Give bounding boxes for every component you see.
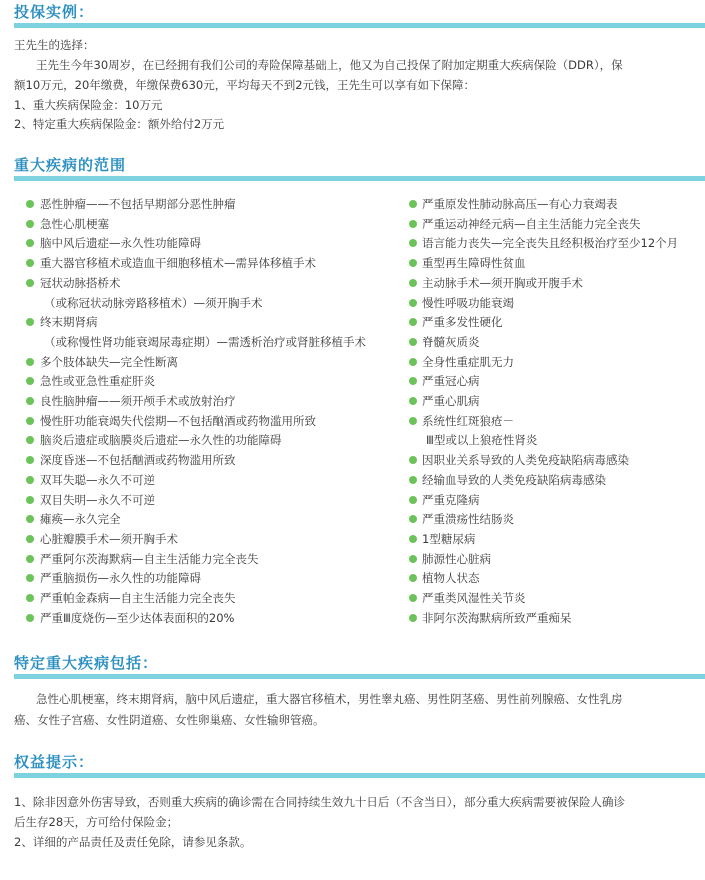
disease-list-item: 终末期肾病: [40, 315, 98, 329]
example-line: 1、重大疾病保险金：10万元: [14, 98, 162, 112]
disease-list-item: 1型糖尿病: [422, 532, 475, 546]
disease-list-item: 多个肢体缺失—完全性断离: [40, 355, 178, 369]
section-title-example: 投保实例：: [14, 2, 94, 22]
disease-list-item: 语言能力丧失—完全丧失且经积极治疗至少12个月: [422, 236, 678, 250]
bullet-icon: [409, 456, 417, 464]
bullet-icon: [409, 220, 417, 228]
specific-line: 急性心肌梗塞，终末期肾病，脑中风后遗症，重大器官移植术，男性睾丸癌、男性阴茎癌、…: [36, 692, 623, 706]
bullet-icon: [409, 594, 417, 602]
bullet-icon: [409, 476, 417, 484]
disease-list-item: 全身性重症肌无力: [422, 355, 514, 369]
disease-list-item: 严重脑损伤—永久性的功能障碍: [40, 571, 201, 585]
disease-list-item: 严重溃疡性结肠炎: [422, 512, 514, 526]
disease-list-item: 脑中风后遗症—永久性功能障碍: [40, 236, 201, 250]
bullet-icon: [26, 574, 34, 582]
bullet-icon: [26, 318, 34, 326]
bullet-icon: [409, 397, 417, 405]
disease-list-item: 严重帕金森病—自主生活能力完全丧失: [40, 591, 236, 605]
example-line: 王先生今年30周岁，在已经拥有我们公司的寿险保障基础上，他又为自己投保了附加定期…: [36, 58, 623, 72]
disease-list-item: 严重类风湿性关节炎: [422, 591, 526, 605]
section-divider: [14, 23, 705, 28]
disease-list-item: 严重原发性肺动脉高压—有心力衰竭表: [422, 197, 618, 211]
bullet-icon: [409, 496, 417, 504]
disease-list-item: 瘫痪—永久完全: [40, 512, 121, 526]
bullet-icon: [26, 377, 34, 385]
notice-line: 1、除非因意外伤害导致，否则重大疾病的确诊需在合同持续生效九十日后（不含当日），…: [14, 795, 625, 809]
disease-list-item: 慢性呼吸功能衰竭: [422, 296, 514, 310]
disease-list-item: （或称冠状动脉旁路移植术）—须开胸手术: [44, 296, 263, 310]
bullet-icon: [26, 279, 34, 287]
bullet-icon: [409, 377, 417, 385]
bullet-icon: [26, 259, 34, 267]
disease-list-item: 因职业关系导致的人类免疫缺陷病毒感染: [422, 453, 629, 467]
bullet-icon: [26, 594, 34, 602]
bullet-icon: [409, 338, 417, 346]
disease-list-item: Ⅲ型或以上狼疮性肾炎: [426, 433, 537, 447]
disease-list-item: 重大器官移植术或造血干细胞移植术—需异体移植手术: [40, 256, 316, 270]
bullet-icon: [26, 220, 34, 228]
bullet-icon: [409, 555, 417, 563]
section-title-specific: 特定重大疾病包括：: [14, 653, 158, 673]
disease-list-item: 严重阿尔茨海默病—自主生活能力完全丧失: [40, 552, 259, 566]
section-divider: [14, 176, 705, 181]
bullet-icon: [409, 614, 417, 622]
bullet-icon: [409, 417, 417, 425]
disease-list-item: 主动脉手术—须开胸或开腹手术: [422, 276, 583, 290]
bullet-icon: [26, 239, 34, 247]
bullet-icon: [409, 299, 417, 307]
disease-list-item: 深度昏迷—不包括酗酒或药物滥用所致: [40, 453, 236, 467]
disease-list-item: 冠状动脉搭桥术: [40, 276, 121, 290]
disease-list-item: 系统性红斑狼疮－: [422, 414, 514, 428]
bullet-icon: [409, 318, 417, 326]
section-divider: [14, 674, 705, 679]
disease-list-item: 经输血导致的人类免疫缺陷病毒感染: [422, 473, 606, 487]
disease-list-item: 严重多发性硬化: [422, 315, 503, 329]
bullet-icon: [26, 456, 34, 464]
bullet-icon: [409, 535, 417, 543]
specific-line: 癌、女性子宫癌、女性阴道癌、女性卵巢癌、女性输卵管癌。: [14, 713, 325, 727]
disease-list-item: 严重运动神经元病—自主生活能力完全丧失: [422, 217, 641, 231]
bullet-icon: [26, 555, 34, 563]
disease-list-item: 恶性肿瘤——不包括早期部分恶性肿瘤: [40, 197, 236, 211]
disease-list-item: 植物人状态: [422, 571, 480, 585]
notice-line: 后生存28天，方可给付保险金；: [14, 815, 178, 829]
bullet-icon: [26, 535, 34, 543]
bullet-icon: [26, 436, 34, 444]
bullet-icon: [409, 279, 417, 287]
disease-list-item: 脑炎后遗症或脑膜炎后遗症—永久性的功能障碍: [40, 433, 282, 447]
disease-list-item: 急性或亚急性重症肝炎: [40, 374, 155, 388]
bullet-icon: [409, 358, 417, 366]
disease-list-item: 严重冠心病: [422, 374, 480, 388]
bullet-icon: [26, 417, 34, 425]
bullet-icon: [26, 515, 34, 523]
disease-list-item: 良性脑肿瘤——须开颅手术或放射治疗: [40, 394, 236, 408]
disease-list-item: 严重心肌病: [422, 394, 480, 408]
example-line: 2、特定重大疾病保险金：额外给付2万元: [14, 117, 224, 131]
bullet-icon: [409, 574, 417, 582]
example-line: 额10万元，20年缴费，年缴保费630元，平均每天不到2元钱，王先生可以享有如下…: [14, 78, 475, 92]
bullet-icon: [409, 239, 417, 247]
example-line: 王先生的选择：: [14, 38, 95, 52]
disease-list-item: 肺源性心脏病: [422, 552, 491, 566]
bullet-icon: [26, 476, 34, 484]
section-title-scope: 重大疾病的范围: [14, 155, 126, 175]
disease-list-item: 心脏瓣膜手术—须开胸手术: [40, 532, 178, 546]
bullet-icon: [409, 515, 417, 523]
section-title-notice: 权益提示：: [14, 752, 94, 772]
disease-list-item: 重型再生障碍性贫血: [422, 256, 526, 270]
notice-line: 2、详细的产品责任及责任免除，请参见条款。: [14, 835, 251, 849]
disease-list-item: 双耳失聪—永久不可逆: [40, 473, 155, 487]
disease-list-item: 严重Ⅲ度烧伤—至少达体表面积的20%: [40, 611, 235, 625]
bullet-icon: [409, 259, 417, 267]
disease-list-item: 慢性肝功能衰竭失代偿期—不包括酗酒或药物滥用所致: [40, 414, 316, 428]
bullet-icon: [26, 358, 34, 366]
bullet-icon: [409, 200, 417, 208]
disease-list-item: 非阿尔茨海默病所致严重痴呆: [422, 611, 572, 625]
section-divider: [14, 773, 705, 778]
disease-list-item: 双目失明—永久不可逆: [40, 493, 155, 507]
disease-list-item: （或称慢性肾功能衰竭尿毒症期）—需透析治疗或肾脏移植手术: [44, 335, 366, 349]
bullet-icon: [26, 200, 34, 208]
bullet-icon: [26, 397, 34, 405]
bullet-icon: [26, 496, 34, 504]
bullet-icon: [26, 614, 34, 622]
disease-list-item: 急性心肌梗塞: [40, 217, 109, 231]
disease-list-item: 严重克隆病: [422, 493, 480, 507]
disease-list-item: 脊髓灰质炎: [422, 335, 480, 349]
